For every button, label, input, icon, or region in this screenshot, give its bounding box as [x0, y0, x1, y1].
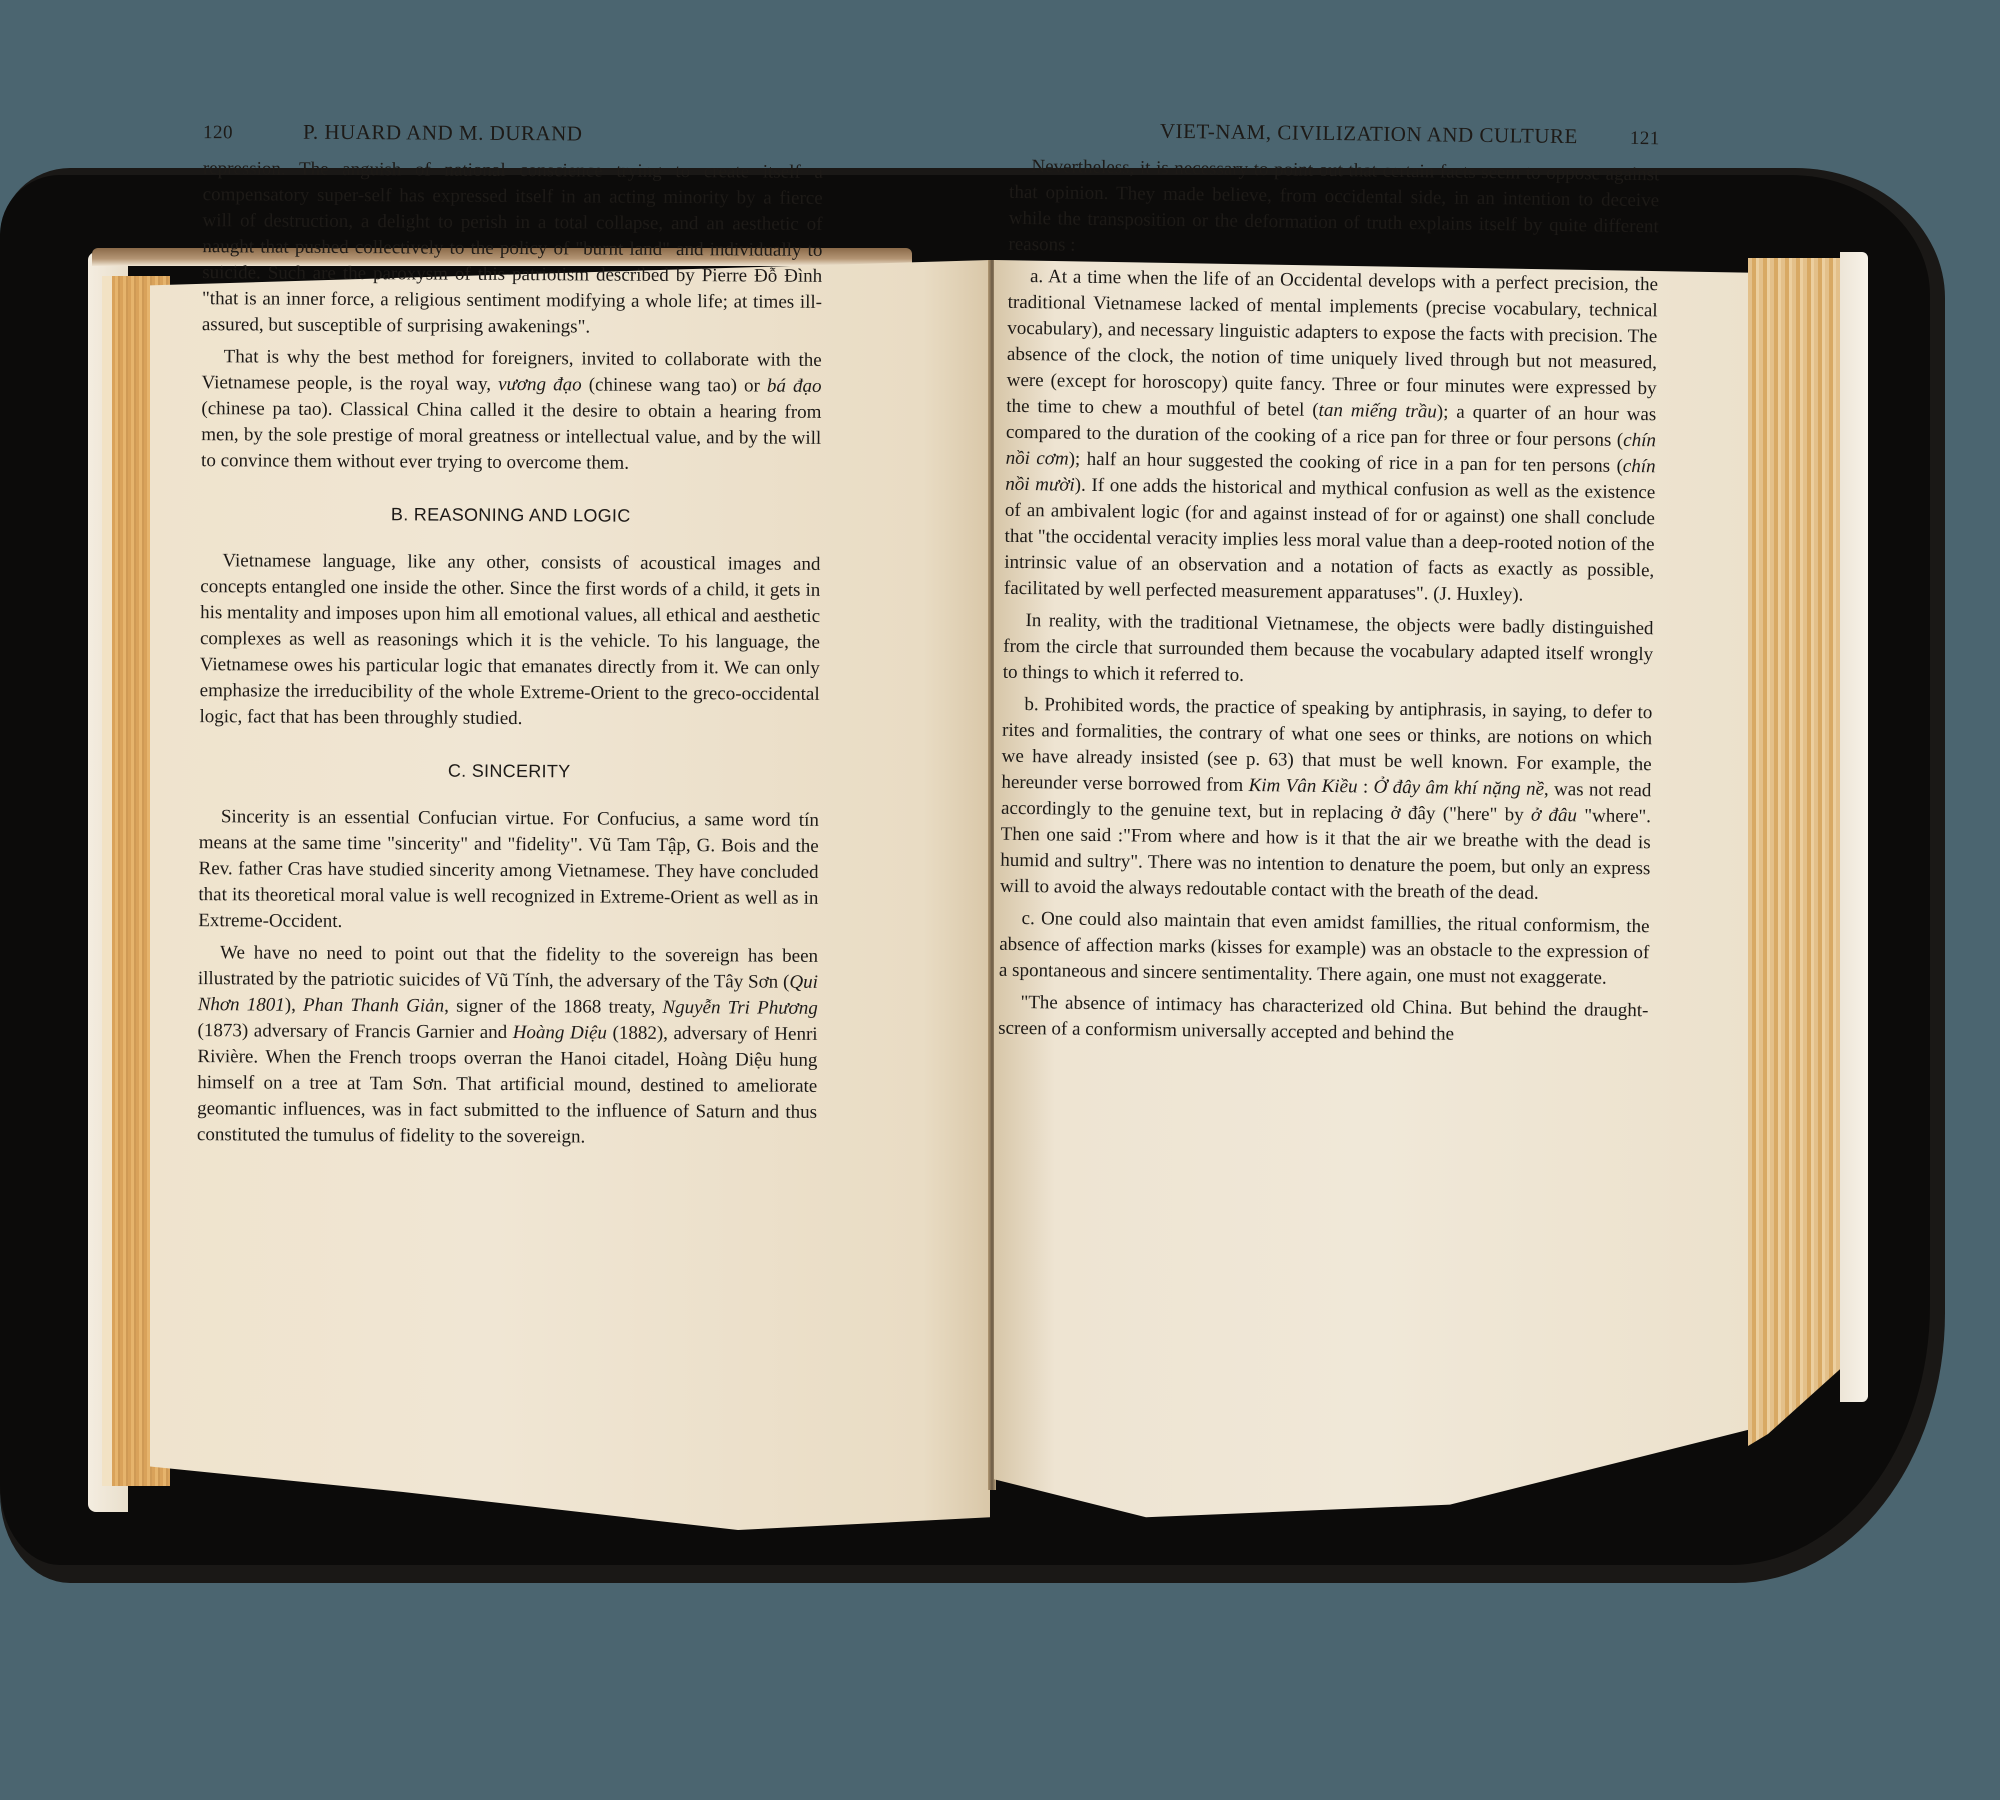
- italic-term: ở đâu: [1531, 805, 1577, 827]
- italic-term: vương đạo: [498, 374, 582, 396]
- right-page-text: VIET-NAM, CIVILIZATION AND CULTURE 121 N…: [998, 116, 1660, 1056]
- right-cover-edge: [1840, 252, 1868, 1402]
- italic-term: bá đạo: [767, 376, 822, 397]
- paragraph: repression. The anguish of national cons…: [202, 156, 823, 342]
- right-page-body: Nevertheless, it is necessary to point o…: [998, 154, 1660, 1050]
- left-page-body: repression. The anguish of national cons…: [197, 156, 823, 1152]
- paragraph: That is why the best method for foreigne…: [201, 344, 822, 478]
- left-page-text: 120 P. HUARD AND M. DURAND repression. T…: [197, 118, 823, 1158]
- paragraph: a. At a time when the life of an Occiden…: [1004, 264, 1658, 610]
- paragraph: Nevertheless, it is necessary to point o…: [1008, 154, 1659, 266]
- page-number-left: 120: [203, 120, 233, 146]
- paragraph: In reality, with the traditional Vietnam…: [1003, 608, 1654, 695]
- paragraph: We have no need to point out that the fi…: [197, 940, 818, 1152]
- section-heading: C. SINCERITY: [199, 756, 819, 786]
- italic-term: chín nồi cơm: [1006, 430, 1657, 470]
- italic-term: tan miếng trầu: [1318, 400, 1436, 423]
- paragraph: c. One could also maintain that even ami…: [999, 906, 1650, 993]
- italic-term: Nguyễn Tri Phương: [662, 997, 817, 1019]
- italic-term: Ở đây âm khí nặng nề: [1373, 777, 1544, 800]
- italic-term: Phan Thanh Giản: [303, 995, 444, 1017]
- italic-term: chín nồi mười: [1005, 456, 1656, 496]
- italic-term: Kim Vân Kiều: [1249, 775, 1358, 797]
- paragraph: Vietnamese language, like any other, con…: [199, 548, 820, 734]
- running-head-book-title: VIET-NAM, CIVILIZATION AND CULTURE: [1160, 118, 1578, 149]
- left-running-head: 120 P. HUARD AND M. DURAND: [203, 118, 823, 150]
- paragraph: b. Prohibited words, the practice of spe…: [1000, 692, 1653, 908]
- running-head-authors: P. HUARD AND M. DURAND: [303, 119, 583, 147]
- right-running-head: VIET-NAM, CIVILIZATION AND CULTURE 121: [1010, 116, 1660, 153]
- paragraph: "The absence of intimacy has characteriz…: [998, 990, 1649, 1051]
- paragraph: Sincerity is an essential Confucian virt…: [198, 804, 819, 938]
- italic-term: Hoàng Diệu: [513, 1022, 607, 1044]
- right-page-stack: [1748, 258, 1848, 1458]
- page-number-right: 121: [1630, 126, 1660, 152]
- section-heading: B. REASONING AND LOGIC: [201, 500, 821, 530]
